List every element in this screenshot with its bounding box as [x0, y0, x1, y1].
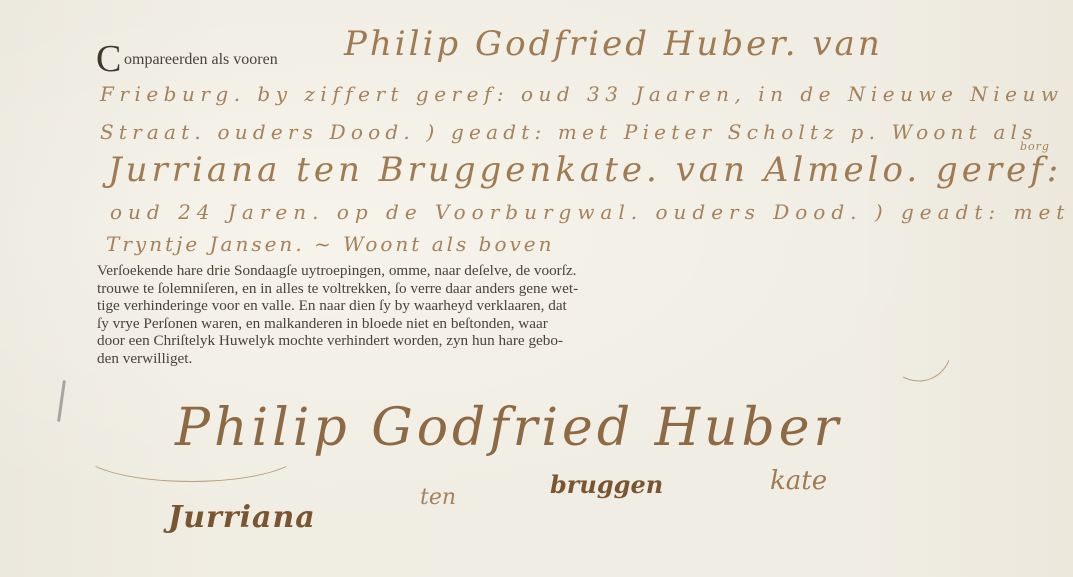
- bride-signature-first: Jurriana: [168, 500, 316, 535]
- printed-line-5: door een Chriſtelyk Huwelyk mochte verhi…: [97, 332, 578, 350]
- handwritten-line-groom-name: Philip Godfried Huber. van: [344, 24, 883, 64]
- bride-signature-ten: ten: [420, 485, 456, 510]
- printed-opening-text: ompareerden als vooren: [124, 51, 278, 69]
- pencil-mark: [57, 380, 66, 422]
- handwritten-line-3: Straat. ouders Dood. ) geadt: met Pieter…: [100, 120, 1038, 144]
- handwritten-line-6: Tryntje Jansen. ~ Woont als boven: [106, 232, 555, 256]
- printed-line-2: trouwe te ſolemniſeren, en in alles te v…: [97, 280, 578, 298]
- handwritten-line-2: Frieburg. by ziffert geref: oud 33 Jaare…: [100, 82, 1064, 106]
- handwritten-line-5: oud 24 Jaren. op de Voorburgwal. ouders …: [110, 200, 1070, 224]
- handwritten-line-bride-name: Jurriana ten Bruggenkate. van Almelo. ge…: [108, 150, 1062, 190]
- printed-line-1: Verſoekende hare drie Sondaagſe uytroepi…: [97, 262, 578, 280]
- printed-dropcap: C: [96, 40, 121, 78]
- ink-flourish-left: [80, 420, 302, 482]
- register-page: C ompareerden als vooren Philip Godfried…: [0, 0, 1073, 577]
- ink-flourish: [868, 290, 964, 392]
- printed-line-4: ſy vrye Perſonen waren, en malkanderen i…: [97, 315, 578, 333]
- printed-body: Verſoekende hare drie Sondaagſe uytroepi…: [97, 262, 578, 368]
- printed-line-3: tige verhinderinge voor en valle. En naa…: [97, 297, 578, 315]
- printed-line-6: den verwilliget.: [97, 350, 578, 368]
- bride-signature-bruggen: bruggen: [550, 470, 663, 499]
- bride-signature-kate: kate: [770, 466, 827, 496]
